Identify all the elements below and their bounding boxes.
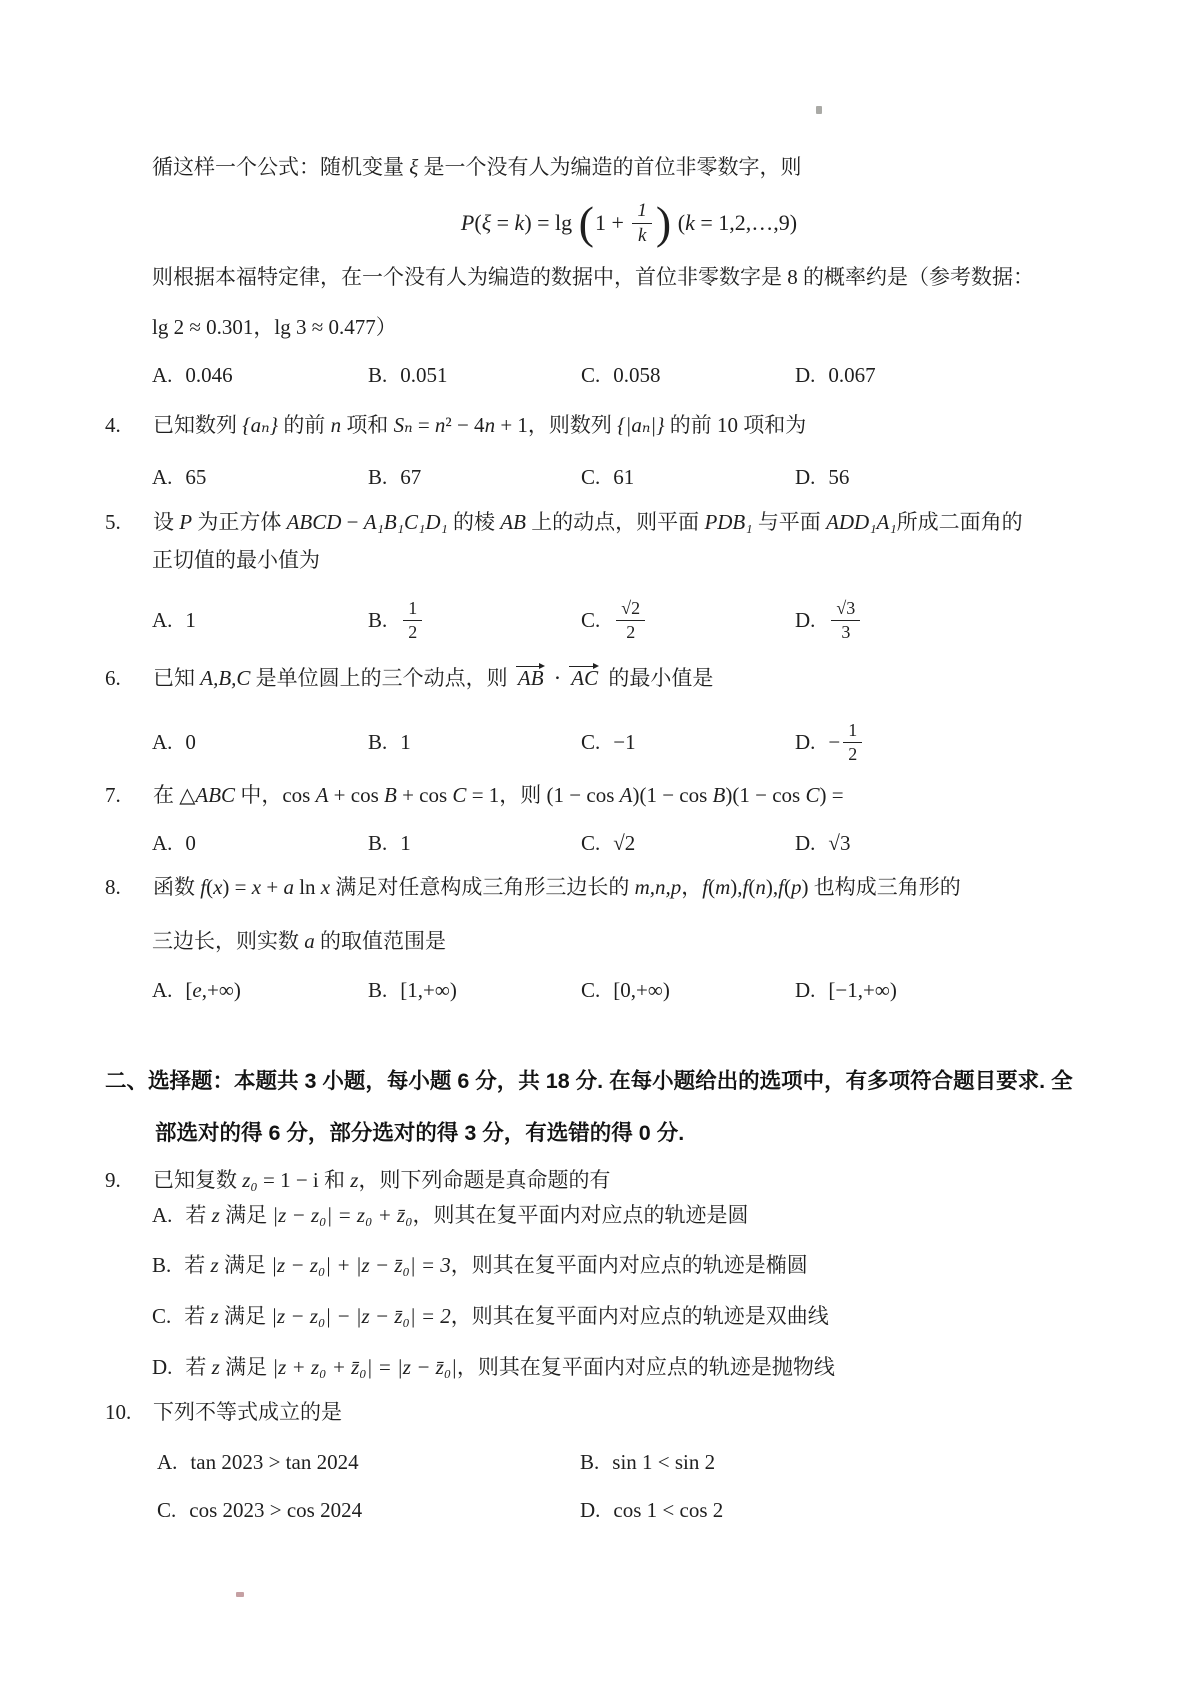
q8-number: 8. (105, 872, 153, 902)
text-segment: 上的动点，则平面 (526, 510, 705, 534)
text-segment: Sₙ (394, 413, 413, 437)
option-value: 若 z 满足 |z − z₀| = z₀ + z̄₀，则其在复平面内对应点的轨迹… (185, 1203, 748, 1227)
text-segment: √3 (828, 828, 850, 858)
q9-option-d: D.若 z 满足 |z + z₀ + z̄₀| = |z − z̄₀|，则其在复… (152, 1352, 835, 1382)
text-segment: A₁B₁C₁D₁ (364, 510, 448, 534)
text-segment: PDB₁ (704, 510, 752, 534)
text-segment: ，则其在复平面内对应点的轨迹是双曲线 (451, 1304, 829, 1328)
option-label: A. (152, 1203, 172, 1227)
option-label: D. (795, 360, 815, 390)
q8-option-c: C.[0,+∞) (581, 975, 795, 1005)
text-segment: n (331, 413, 342, 437)
text-segment: 的棱 (448, 510, 501, 534)
q4-option-a: A.65 (152, 462, 368, 492)
text-segment: 下列不等式成立的是 (153, 1400, 342, 1424)
text-segment: 满足 (219, 1253, 272, 1277)
fraction: 12 (403, 597, 422, 643)
option-value: tan 2023 > tan 2024 (190, 1447, 358, 1477)
text-segment: z (212, 1355, 220, 1379)
text-segment: p (791, 875, 802, 899)
text-segment: ADD₁A₁ (826, 510, 897, 534)
q8-stem: 8.函数 f(x) = x + a ln x 满足对任意构成三角形三边长的 m,… (105, 872, 961, 902)
q10-number: 10. (105, 1397, 153, 1427)
option-value: −1 (613, 727, 635, 757)
option-label: D. (795, 605, 815, 635)
q10-option-d: D.cos 1 < cos 2 (580, 1495, 723, 1525)
text-segment: 中， (235, 783, 282, 807)
text-segment: √2 (613, 828, 635, 858)
text-segment: 和 (319, 1168, 351, 1192)
q7-option-d: D.√3 (795, 828, 850, 858)
text-segment: 1 (185, 605, 196, 635)
option-label: C. (581, 727, 600, 757)
text-segment: 若 (184, 1304, 210, 1328)
option-label: D. (152, 1355, 172, 1379)
q9-number: 9. (105, 1165, 153, 1195)
q7-stem: 7.在 △ABC 中，cos A + cos B + cos C = 1，则 (… (105, 780, 844, 810)
text-segment: ² − 4 (445, 413, 484, 437)
text-segment: |z − z₀| + |z − z̄₀| = 3 (271, 1253, 451, 1277)
text-segment: x (252, 875, 261, 899)
text-segment: −1 (613, 727, 635, 757)
q6-stem-text: 已知 A,B,C 是单位圆上的三个动点，则 AB ⋅ AC 的最小值是 (153, 666, 713, 690)
q10-options-row2: C.cos 2023 > cos 2024 D.cos 1 < cos 2 (157, 1495, 723, 1525)
text-segment: ( (672, 210, 685, 236)
text-segment: e (192, 975, 201, 1005)
q5-option-d: D.√33 (795, 597, 863, 643)
text-segment: = (413, 413, 435, 437)
option-label: A. (152, 605, 172, 635)
q6-stem: 6.已知 A,B,C 是单位圆上的三个动点，则 AB ⋅ AC 的最小值是 (105, 663, 713, 693)
option-value: 0.067 (828, 360, 875, 390)
option-value: √33 (828, 597, 863, 643)
option-value: [1,+∞) (400, 975, 457, 1005)
text-segment: C (805, 783, 819, 807)
text-segment: 三边长，则实数 (152, 929, 304, 953)
q5-option-b: B.12 (368, 597, 581, 643)
text-segment: B (713, 783, 726, 807)
text-segment: 0.058 (613, 360, 660, 390)
text-segment: 0.046 (185, 360, 232, 390)
text-segment: 循这样一个公式：随机变量 (152, 155, 409, 179)
text-segment: 设 (153, 510, 179, 534)
scan-artifact-top (816, 106, 822, 114)
option-label: C. (581, 828, 600, 858)
text-segment: k (685, 210, 695, 236)
option-label: D. (795, 727, 815, 757)
q10-stem: 10.下列不等式成立的是 (105, 1397, 342, 1427)
option-value: 0.046 (185, 360, 232, 390)
option-value: √2 (613, 828, 635, 858)
text-segment: 0 (185, 828, 196, 858)
text-segment: ， (681, 875, 702, 899)
q9-stem: 9.已知复数 z₀ = 1 − i 和 z，则下列命题是真命题的有 (105, 1165, 610, 1195)
q10-option-b: B.sin 1 < sin 2 (580, 1447, 715, 1477)
text-segment: 的前 10 项和为 (665, 413, 807, 437)
option-label: D. (580, 1495, 600, 1525)
option-value: sin 1 < sin 2 (612, 1447, 715, 1477)
option-label: C. (581, 360, 600, 390)
q9-option-a: A.若 z 满足 |z − z₀| = z₀ + z̄₀，则其在复平面内对应点的… (152, 1200, 749, 1230)
text-segment: ( (474, 210, 481, 236)
text-segment: + (261, 875, 283, 899)
text-segment: cos 2023 > cos 2024 (189, 1495, 362, 1525)
q8-stem-line2: 三边长，则实数 a 的取值范围是 (152, 926, 446, 956)
option-value: 0 (185, 828, 196, 858)
text-segment: 是单位圆上的三个动点，则 (250, 666, 513, 690)
text-segment: 在 (153, 783, 179, 807)
text-segment: 所成二面角的 (897, 510, 1023, 534)
text-segment: m (715, 875, 730, 899)
text-segment: C (452, 783, 466, 807)
q3-stem-line2: 则根据本福特定律，在一个没有人为编造的数据中，首位非零数字是 8 的概率约是（参… (152, 262, 1034, 292)
text-segment: 0 (185, 727, 196, 757)
text-segment: ) (656, 200, 671, 246)
q7-option-a: A.0 (152, 828, 368, 858)
text-segment: AB (500, 510, 526, 534)
fraction: √33 (831, 597, 860, 643)
option-label: B. (580, 1447, 599, 1477)
text-segment: x (321, 875, 330, 899)
text-segment: ) = lg (524, 210, 577, 236)
q6-number: 6. (105, 663, 153, 693)
text-segment: ，则其在复平面内对应点的轨迹是椭圆 (451, 1253, 808, 1277)
q6-option-d: D.−12 (795, 719, 865, 765)
option-value: 1 (400, 828, 411, 858)
q10-stem-text: 下列不等式成立的是 (153, 1400, 342, 1424)
text-segment: 已知复数 (153, 1168, 242, 1192)
text-segment: ） (376, 315, 397, 339)
text-segment: ), (730, 875, 742, 899)
q4-option-b: B.67 (368, 462, 581, 492)
option-label: A. (152, 727, 172, 757)
text-segment: 0.067 (828, 360, 875, 390)
option-value: 若 z 满足 |z − z₀| + |z − z̄₀| = 3，则其在复平面内对… (184, 1253, 808, 1277)
text-segment: ), (766, 875, 778, 899)
text-segment: 为正方体 (192, 510, 287, 534)
text-segment: 的前 (278, 413, 331, 437)
text-segment: a (283, 875, 294, 899)
text-segment: a (304, 929, 315, 953)
text-segment: n (485, 413, 496, 437)
option-label: C. (581, 975, 600, 1005)
text-segment: )(1 − cos (725, 783, 805, 807)
q4-option-c: C.61 (581, 462, 795, 492)
text-segment: [−1,+∞) (828, 975, 896, 1005)
text-segment: 的取值范围是 (315, 929, 446, 953)
option-label: B. (368, 462, 387, 492)
text-segment: ln (294, 875, 321, 899)
text-segment: 1 + (595, 210, 629, 236)
q6-option-a: A.0 (152, 727, 368, 757)
option-value: [−1,+∞) (828, 975, 896, 1005)
option-value: 1 (185, 605, 196, 635)
text-segment: ，则其在复平面内对应点的轨迹是抛物线 (457, 1355, 835, 1379)
text-segment: 满足 (219, 1304, 272, 1328)
text-segment: 与平面 (753, 510, 827, 534)
q7-stem-text: 在 △ABC 中，cos A + cos B + cos C = 1，则 (1 … (153, 783, 844, 807)
option-value: cos 2023 > cos 2024 (189, 1495, 362, 1525)
text-segment: B (384, 783, 397, 807)
text-segment: 56 (828, 462, 849, 492)
q5-stem: 5.设 P 为正方体 ABCD − A₁B₁C₁D₁ 的棱 AB 上的动点，则平… (105, 507, 1023, 537)
q10-option-c: C.cos 2023 > cos 2024 (157, 1495, 580, 1525)
text-segment: ( (579, 200, 594, 246)
text-segment: z (211, 1304, 219, 1328)
text-segment: 1 (400, 828, 411, 858)
q4-options-row: A.65 B.67 C.61 D.56 (152, 462, 849, 492)
text-segment: 正切值的最小值为 (152, 548, 320, 572)
text-segment: = 1,2,…,9) (695, 210, 797, 236)
text-segment: + 1 (495, 413, 528, 437)
option-label: D. (795, 975, 815, 1005)
option-label: A. (152, 975, 172, 1005)
text-segment: |z + z₀ + z̄₀| = |z − z̄₀| (272, 1355, 457, 1379)
q5-option-a: A.1 (152, 605, 368, 635)
q8-option-b: B.[1,+∞) (368, 975, 581, 1005)
option-value: [0,+∞) (613, 975, 670, 1005)
option-value: √3 (828, 828, 850, 858)
text-segment: 项和 (341, 413, 394, 437)
option-value: 0.058 (613, 360, 660, 390)
option-value: 若 z 满足 |z − z₀| − |z − z̄₀| = 2，则其在复平面内对… (184, 1304, 829, 1328)
text-segment: z₀ (242, 1168, 257, 1192)
fraction: 1k (632, 199, 652, 248)
option-value: [e,+∞) (185, 975, 240, 1005)
text-segment: = (491, 210, 514, 236)
option-label: A. (152, 462, 172, 492)
option-value: 0.051 (400, 360, 447, 390)
text-segment: ,+∞) (202, 975, 241, 1005)
q9-option-b: B.若 z 满足 |z − z₀| + |z − z̄₀| = 3，则其在复平面… (152, 1250, 808, 1280)
exam-page: 循这样一个公式：随机变量 ξ 是一个没有人为编造的首位非零数字，则 P(ξ = … (0, 0, 1200, 1698)
text-segment: ，则数列 (528, 413, 617, 437)
option-label: C. (581, 605, 600, 635)
text-segment: 的最小值是 (603, 666, 713, 690)
option-value: 0 (185, 727, 196, 757)
option-label: B. (152, 1253, 171, 1277)
text-segment: z (212, 1203, 220, 1227)
q3-benford-formula: P(ξ = k) = lg (1 + 1k) (k = 1,2,…,9) (0, 190, 1200, 256)
option-value: 56 (828, 462, 849, 492)
text-segment: = 1 (466, 783, 499, 807)
option-label: B. (368, 828, 387, 858)
text-segment: lg 2 ≈ 0.301 (152, 315, 253, 339)
text-segment: ABCD (287, 510, 342, 534)
q8-options-row: A.[e,+∞) B.[1,+∞) C.[0,+∞) D.[−1,+∞) (152, 975, 897, 1005)
q3-stem-line1: 循这样一个公式：随机变量 ξ 是一个没有人为编造的首位非零数字，则 (152, 152, 802, 182)
text-segment: + cos (328, 783, 384, 807)
text-segment: lg 3 ≈ 0.477 (274, 315, 375, 339)
text-segment: 61 (613, 462, 634, 492)
fraction: 12 (843, 719, 862, 765)
text-segment: 是一个没有人为编造的首位非零数字，则 (418, 155, 801, 179)
q10-options-row1: A.tan 2023 > tan 2024 B.sin 1 < sin 2 (157, 1447, 715, 1477)
text-segment: AC (569, 663, 600, 693)
text-segment: tan 2023 > tan 2024 (190, 1447, 358, 1477)
text-segment: 已知 (153, 666, 200, 690)
q6-option-c: C.−1 (581, 727, 795, 757)
option-label: B. (368, 605, 387, 635)
text-segment: |z − z₀| = z₀ + z̄₀ (272, 1203, 412, 1227)
text-segment: ( (784, 875, 791, 899)
text-segment: {|aₙ|} (617, 413, 664, 437)
text-segment: 已知数列 (153, 413, 242, 437)
q4-option-d: D.56 (795, 462, 849, 492)
text-segment: P (461, 210, 474, 236)
text-segment: ，则下列命题是真命题的有 (358, 1168, 610, 1192)
text-segment: 67 (400, 462, 421, 492)
option-value: 61 (613, 462, 634, 492)
text-segment: ， (253, 315, 274, 339)
option-value: cos 1 < cos 2 (613, 1495, 723, 1525)
scan-artifact-bottom (236, 1592, 244, 1597)
option-label: A. (152, 828, 172, 858)
text-segment: 也构成三角形的 (808, 875, 960, 899)
option-label: B. (368, 727, 387, 757)
option-label: D. (795, 462, 815, 492)
q4-number: 4. (105, 410, 153, 440)
option-value: 67 (400, 462, 421, 492)
text-segment: z (211, 1253, 219, 1277)
text-segment: 满足 (220, 1355, 273, 1379)
q8-option-d: D.[−1,+∞) (795, 975, 897, 1005)
text-segment: P (179, 510, 192, 534)
q7-options-row: A.0 B.1 C.√2 D.√3 (152, 828, 850, 858)
text-segment: ⋅ (549, 666, 567, 690)
text-segment: 函数 (153, 875, 200, 899)
option-label: C. (157, 1495, 176, 1525)
text-segment: n (755, 875, 766, 899)
option-label: C. (152, 1304, 171, 1328)
q5-option-c: C.√22 (581, 597, 795, 643)
q9-stem-text: 已知复数 z₀ = 1 − i 和 z，则下列命题是真命题的有 (153, 1168, 610, 1192)
text-segment: A,B,C (200, 666, 250, 690)
q7-option-c: C.√2 (581, 828, 795, 858)
option-value: 1 (400, 727, 411, 757)
text-segment: ) = (819, 783, 843, 807)
q4-stem: 4.已知数列 {aₙ} 的前 n 项和 Sₙ = n² − 4n + 1，则数列… (105, 410, 806, 440)
option-label: A. (152, 360, 172, 390)
option-label: B. (368, 360, 387, 390)
q3-option-c: C.0.058 (581, 360, 795, 390)
q6-options-row: A.0 B.1 C.−1 D.−12 (152, 712, 865, 772)
text-segment: cos (282, 783, 315, 807)
option-value: 若 z 满足 |z + z₀ + z̄₀| = |z − z̄₀|，则其在复平面… (185, 1355, 834, 1379)
q10-option-a: A.tan 2023 > tan 2024 (157, 1447, 580, 1477)
option-label: D. (795, 828, 815, 858)
text-segment: [1,+∞) (400, 975, 457, 1005)
q9-option-c: C.若 z 满足 |z − z₀| − |z − z̄₀| = 2，则其在复平面… (152, 1301, 829, 1331)
text-segment: |z − z₀| − |z − z̄₀| = 2 (271, 1304, 451, 1328)
text-segment: 则根据本福特定律，在一个没有人为编造的数据中，首位非零数字是 8 的概率约是（参… (152, 265, 1034, 289)
q3-option-d: D.0.067 (795, 360, 876, 390)
text-segment: sin 1 < sin 2 (612, 1447, 715, 1477)
q5-stem-line2: 正切值的最小值为 (152, 545, 320, 575)
text-segment: 满足对任意构成三角形三边长的 (330, 875, 635, 899)
q8-stem-text: 函数 f(x) = x + a ln x 满足对任意构成三角形三边长的 m,n,… (153, 875, 961, 899)
text-segment: 若 (185, 1203, 211, 1227)
text-segment: )(1 − cos (632, 783, 712, 807)
text-segment: ξ (482, 210, 491, 236)
text-segment: △ (179, 783, 195, 807)
text-segment: A (620, 783, 633, 807)
text-segment: 满足 (220, 1203, 273, 1227)
q3-stem-line3: lg 2 ≈ 0.301，lg 3 ≈ 0.477） (152, 312, 397, 342)
text-segment: ξ (409, 155, 418, 179)
text-segment: = 1 − i (258, 1168, 319, 1192)
option-label: A. (157, 1447, 177, 1477)
option-value: −12 (828, 719, 865, 765)
option-value: 12 (400, 597, 425, 643)
text-segment: 若 (185, 1355, 211, 1379)
text-segment: cos 1 < cos 2 (613, 1495, 723, 1525)
q4-stem-text: 已知数列 {aₙ} 的前 n 项和 Sₙ = n² − 4n + 1，则数列 {… (153, 413, 806, 437)
q6-option-b: B.1 (368, 727, 581, 757)
text-segment: + cos (397, 783, 453, 807)
text-segment: [ (185, 975, 192, 1005)
q5-number: 5. (105, 507, 153, 537)
option-label: B. (368, 975, 387, 1005)
text-segment: [0,+∞) (613, 975, 670, 1005)
text-segment: m,n,p (635, 875, 682, 899)
text-segment: 0.051 (400, 360, 447, 390)
text-segment: − (828, 727, 840, 757)
text-segment: k (515, 210, 525, 236)
section2-header-line2: 部选对的得 6 分，部分选对的得 3 分，有选错的得 0 分. (155, 1118, 684, 1148)
text-segment: ，则其在复平面内对应点的轨迹是圆 (413, 1203, 749, 1227)
q7-option-b: B.1 (368, 828, 581, 858)
q3-options-row: A.0.046 B.0.051 C.0.058 D.0.067 (152, 360, 876, 390)
q8-option-a: A.[e,+∞) (152, 975, 368, 1005)
text-segment: ) = (222, 875, 251, 899)
text-segment: AB (516, 663, 546, 693)
text-segment: {aₙ} (242, 413, 278, 437)
option-value: √22 (613, 597, 648, 643)
q5-options-row: A.1 B.12 C.√22 D.√33 (152, 590, 863, 650)
text-segment: ，则 (499, 783, 546, 807)
section2-header-line1: 二、选择题：本题共 3 小题，每小题 6 分，共 18 分. 在每小题给出的选项… (105, 1066, 1073, 1096)
text-segment: A (316, 783, 329, 807)
text-segment: ABC (195, 783, 235, 807)
q3-option-a: A.0.046 (152, 360, 368, 390)
text-segment: − (341, 510, 363, 534)
q3-option-b: B.0.051 (368, 360, 581, 390)
text-segment: 1 (400, 727, 411, 757)
option-value: 65 (185, 462, 206, 492)
q5-stem-text: 设 P 为正方体 ABCD − A₁B₁C₁D₁ 的棱 AB 上的动点，则平面 … (153, 510, 1023, 534)
text-segment: n (435, 413, 446, 437)
q7-number: 7. (105, 780, 153, 810)
text-segment: 65 (185, 462, 206, 492)
text-segment: 若 (184, 1253, 210, 1277)
fraction: √22 (616, 597, 645, 643)
option-label: C. (581, 462, 600, 492)
text-segment: (1 − cos (547, 783, 620, 807)
